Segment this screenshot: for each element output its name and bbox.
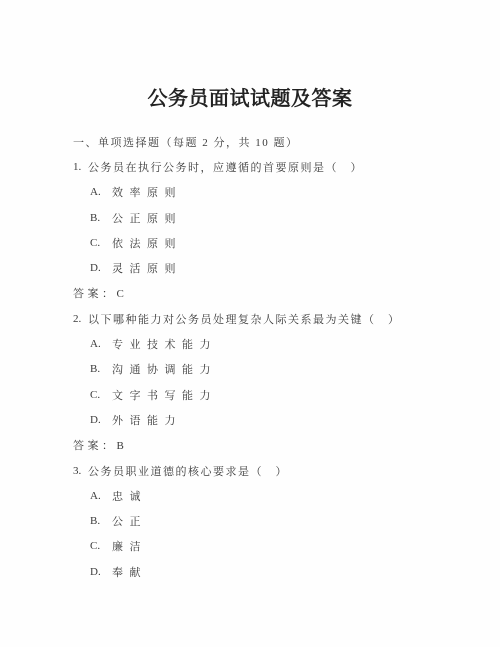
option-text: 效率原则	[112, 184, 182, 200]
answer-line: 答案：C	[0, 281, 500, 306]
option-letter: B.	[90, 363, 112, 375]
option-text: 廉洁	[112, 538, 147, 554]
option-line: D.外语能力	[0, 407, 500, 432]
answer-text: 答案：C	[73, 285, 127, 301]
option-text: 沟通协调能力	[112, 361, 217, 377]
option-letter: C.	[90, 540, 112, 552]
document-page: 公务员面试试题及答案 一、单项选择题（每题 2 分，共 10 题） 1.公务员在…	[0, 0, 500, 647]
option-text: 依法原则	[112, 235, 182, 251]
option-text: 公正	[112, 513, 147, 529]
option-letter: A.	[90, 338, 112, 350]
option-letter: A.	[90, 490, 112, 502]
option-letter: C.	[90, 389, 112, 401]
option-letter: B.	[90, 515, 112, 527]
option-letter: D.	[90, 414, 112, 426]
option-text: 专业技术能力	[112, 336, 217, 352]
option-text: 忠诚	[112, 488, 147, 504]
option-line: B.公正原则	[0, 205, 500, 230]
question-text: 以下哪种能力对公务员处理复杂人际关系最为关键（ ）	[88, 311, 401, 327]
option-text: 文字书写能力	[112, 387, 217, 403]
question-number: 1.	[73, 161, 88, 173]
section-heading: 一、单项选择题（每题 2 分，共 10 题）	[0, 129, 500, 154]
answer-line: 答案：B	[0, 433, 500, 458]
question-number: 3.	[73, 465, 88, 477]
option-text: 奉献	[112, 564, 147, 580]
option-line: B.沟通协调能力	[0, 357, 500, 382]
option-letter: A.	[90, 186, 112, 198]
option-text: 公正原则	[112, 210, 182, 226]
question-text: 公务员职业道德的核心要求是（ ）	[88, 463, 288, 479]
option-text: 外语能力	[112, 412, 182, 428]
option-line: B.公正	[0, 508, 500, 533]
option-line: C.廉洁	[0, 534, 500, 559]
option-letter: C.	[90, 237, 112, 249]
option-line: A.专业技术能力	[0, 331, 500, 356]
option-line: D.灵活原则	[0, 255, 500, 280]
question-line: 2.以下哪种能力对公务员处理复杂人际关系最为关键（ ）	[0, 306, 500, 331]
option-line: A.忠诚	[0, 483, 500, 508]
option-line: C.依法原则	[0, 230, 500, 255]
option-text: 灵活原则	[112, 260, 182, 276]
option-line: C.文字书写能力	[0, 382, 500, 407]
option-letter: D.	[90, 566, 112, 578]
option-letter: B.	[90, 212, 112, 224]
question-text: 公务员在执行公务时，应遵循的首要原则是（ ）	[88, 159, 363, 175]
question-line: 1.公务员在执行公务时，应遵循的首要原则是（ ）	[0, 154, 500, 179]
document-title: 公务员面试试题及答案	[0, 82, 500, 111]
document-body: 一、单项选择题（每题 2 分，共 10 题） 1.公务员在执行公务时，应遵循的首…	[0, 129, 500, 584]
question-number: 2.	[73, 313, 88, 325]
question-line: 3.公务员职业道德的核心要求是（ ）	[0, 458, 500, 483]
answer-text: 答案：B	[73, 437, 127, 453]
option-line: D.奉献	[0, 559, 500, 584]
option-letter: D.	[90, 262, 112, 274]
option-line: A.效率原则	[0, 180, 500, 205]
